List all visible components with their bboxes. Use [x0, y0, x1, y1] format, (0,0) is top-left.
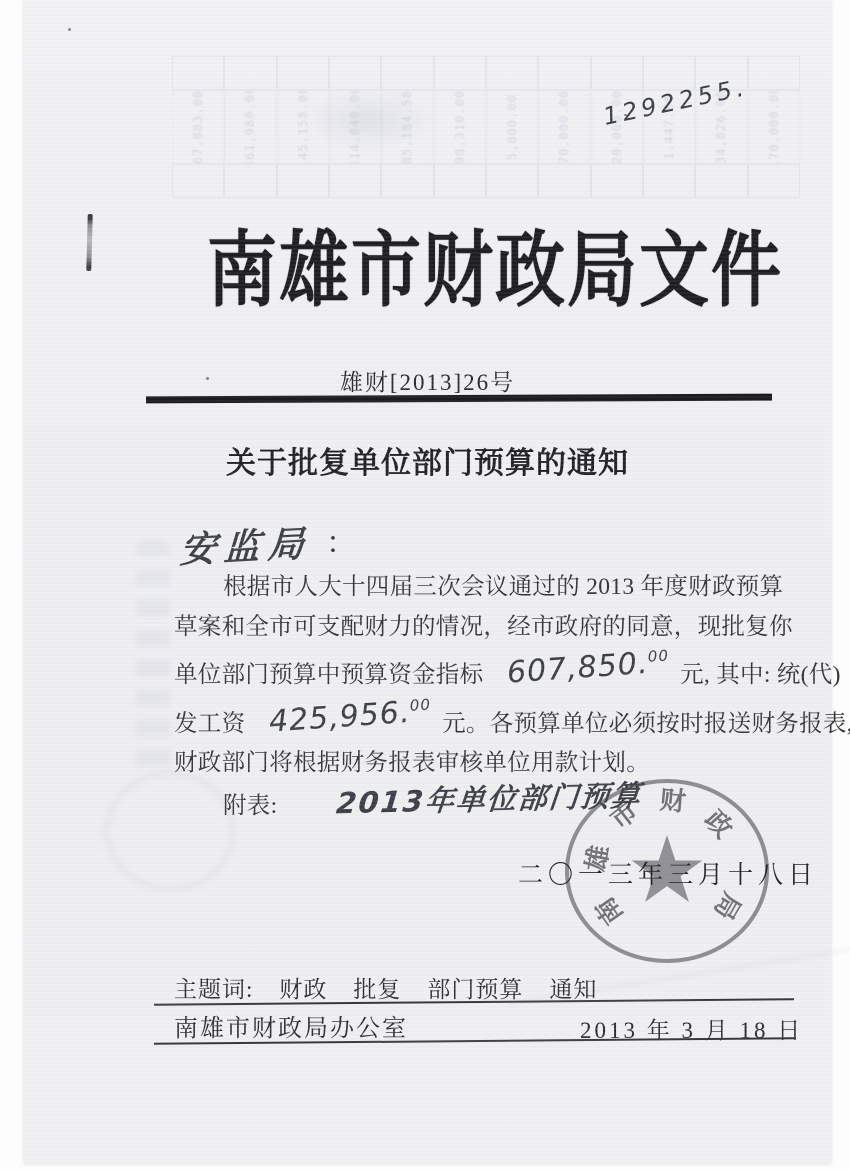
- issuer-office: 南雄市财政局办公室: [174, 1008, 408, 1043]
- bleed-number: 98,310.00: [434, 90, 486, 164]
- paper-sheet: 67,883.00 461,980.00 145,158.00 314,840.…: [24, 0, 831, 1164]
- left-margin-bleedthrough: [136, 540, 170, 780]
- bleed-number: 5,800.00: [486, 90, 538, 164]
- amount-total-handwritten: 607,850.00: [506, 637, 671, 694]
- keyword: 批复: [353, 977, 401, 1002]
- amount-total-value: 607,850.: [506, 646, 650, 691]
- bleed-number: 85,184.58: [381, 90, 433, 164]
- seal-char: 南: [585, 891, 630, 934]
- body-line-1: 根据市人大十四届三次会议通过的 2013 年度财政预算: [174, 568, 784, 608]
- body-line-3-text: 单位部门预算中预算资金指标: [174, 662, 483, 688]
- reverse-bleedthrough-table: 67,883.00 461,980.00 145,158.00 314,840.…: [172, 56, 800, 198]
- bleed-number: 67,883.00: [172, 90, 224, 164]
- body-line-4: 发工资425,956.00元。各预算单位必须按时报送财务报表,: [174, 696, 784, 745]
- keywords-row: 主题词:财政批复部门预算通知: [174, 971, 597, 1004]
- seal-char: 局: [706, 886, 751, 927]
- bleed-number: 461,980.00: [224, 90, 276, 164]
- body-line-4-text: 发工资: [174, 711, 245, 737]
- salutation-colon: ：: [326, 527, 356, 560]
- attachment-label: 附表:: [223, 793, 277, 819]
- issue-date-cn: 二〇一三年三月十八日: [518, 855, 818, 891]
- recipient-name-handwritten: 安监局: [179, 515, 314, 573]
- bleed-number: 145,158.00: [277, 90, 329, 164]
- bleed-cell: [172, 56, 224, 90]
- amount-salary-cents: 00: [410, 695, 432, 714]
- keyword: 财政: [279, 977, 327, 1002]
- scanned-document: { "page": { "ref_number": "1292255." }, …: [0, 0, 850, 1169]
- bleedthrough-smudge: [304, 90, 434, 150]
- body-line-2: 草案和全市可支配财力的情况，经市政府的同意，现批复你: [174, 608, 784, 648]
- body-line-4-suffix: 元。各预算单位必须按时报送财务报表,: [442, 711, 850, 737]
- keywords-label: 主题词:: [174, 977, 253, 1002]
- org-header-title: 南雄市财政局文件: [207, 204, 783, 323]
- staple-mark: [86, 214, 92, 271]
- keyword: 部门预算: [427, 977, 523, 1002]
- keyword: 通知: [549, 977, 597, 1002]
- header-divider-rule: [146, 394, 772, 404]
- paper-speck: [68, 28, 71, 31]
- amount-total-cents: 00: [648, 647, 670, 666]
- bleed-number: 70,000.00: [538, 90, 590, 164]
- body-line-3-suffix: 元, 其中: 统(代): [680, 662, 841, 688]
- recipient-salutation: 安监局：: [180, 518, 356, 570]
- seal-char: 财: [658, 779, 687, 818]
- amount-salary-value: 425,956.: [268, 695, 412, 740]
- bleed-number: 314,840.00: [329, 90, 381, 164]
- bleed-number: 170,000.00: [748, 90, 800, 164]
- body-line-3: 单位部门预算中预算资金指标607,850.00元, 其中: 统(代): [174, 647, 784, 696]
- notice-title: 关于批复单位部门预算的通知: [24, 438, 831, 482]
- doc-number: 雄财[2013]26号: [24, 364, 831, 397]
- body-line-5: 财政部门将根据财务报表审核单位用款计划。: [174, 744, 784, 784]
- handwritten-ref-number: 1292255.: [601, 73, 750, 131]
